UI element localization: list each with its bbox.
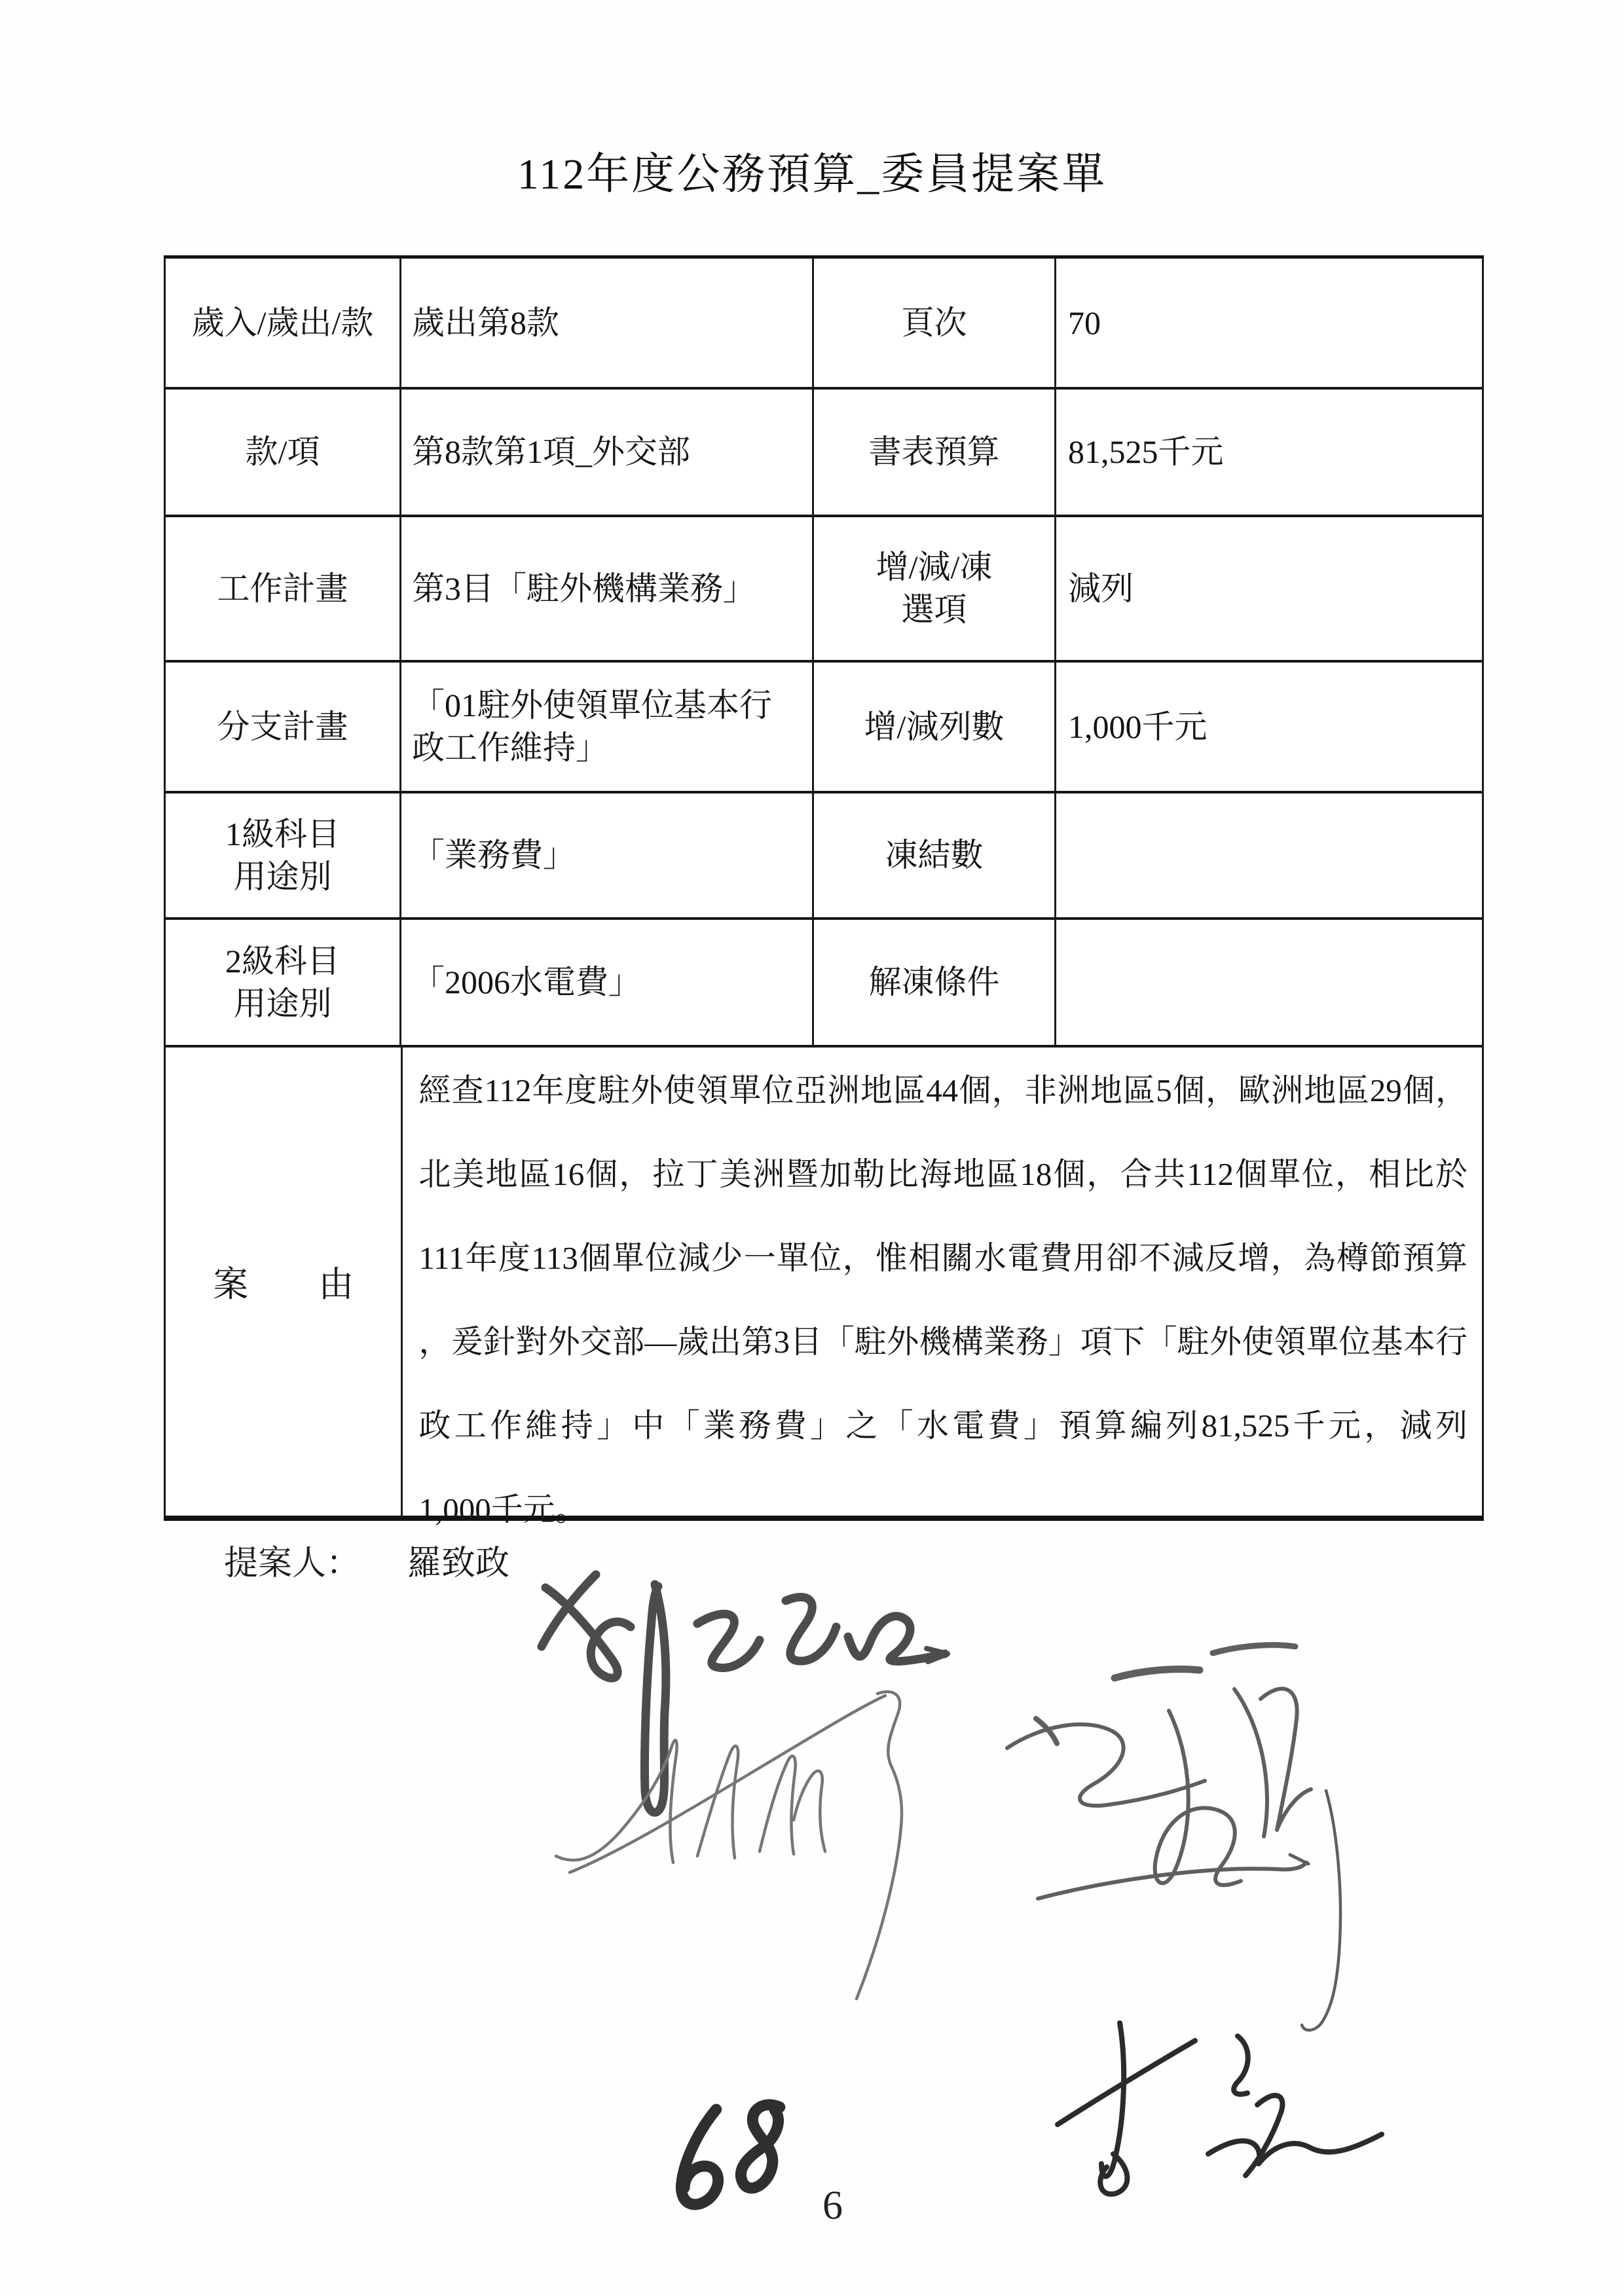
row-value2 (1056, 793, 1482, 917)
page-title: 112年度公務預算_委員提案單 (0, 139, 1624, 201)
scanned-document-page: 112年度公務預算_委員提案單 歲入/歲出/款 歲出第8款 頁次 70 款/項 … (0, 0, 1624, 2296)
table-row: 1級科目 用途別 「業務費」 凍結數 (166, 793, 1482, 920)
row-label2: 書表預算 (814, 390, 1056, 515)
case-label-char: 案 (213, 1256, 248, 1307)
row-label: 2級科目 用途別 (166, 920, 401, 1045)
row-label2: 增/減/凍 選項 (814, 517, 1056, 660)
case-line: 1,000千元。 (418, 1468, 1467, 1552)
case-line: 111年度113個單位減少一單位，惟相關水電費用卻不減反增，為樽節預算 (418, 1216, 1467, 1300)
case-line: 北美地區16個，拉丁美洲暨加勒比海地區18個，合共112個單位，相比於 (418, 1133, 1467, 1216)
table-row: 款/項 第8款第1項_外交部 書表預算 81,525千元 (166, 390, 1482, 517)
case-line: ，爰針對外交部—歲出第3目「駐外機構業務」項下「駐外使領單位基本行 (418, 1300, 1467, 1384)
proposer-row: 提案人：羅致政 (224, 1535, 509, 1584)
proposer-label: 提案人： (224, 1545, 360, 1582)
case-label-char: 由 (318, 1256, 354, 1307)
row-value: 「2006水電費」 (401, 920, 814, 1045)
row-value: 「業務費」 (401, 793, 814, 917)
table-row: 歲入/歲出/款 歲出第8款 頁次 70 (166, 259, 1482, 390)
row-value: 第8款第1項_外交部 (401, 390, 814, 515)
proposer-name: 羅致政 (407, 1545, 509, 1582)
row-label2: 頁次 (814, 259, 1056, 387)
row-value2: 70 (1056, 259, 1482, 387)
case-row: 案 由 經查112年度駐外使領單位亞洲地區44個，非洲地區5個，歐洲地區29個，… (166, 1048, 1482, 1516)
case-line: 政工作維持」中「業務費」之「水電費」預算編列81,525千元，減列 (418, 1384, 1467, 1468)
row-value2: 81,525千元 (1056, 390, 1482, 515)
row-label2: 增/減列數 (814, 663, 1056, 791)
table-row: 分支計畫 「01駐外使領單位基本行政工作維持」 增/減列數 1,000千元 (166, 663, 1482, 793)
signature-2 (550, 1676, 923, 2010)
row-value2: 減列 (1056, 517, 1482, 660)
row-label: 1級科目 用途別 (166, 793, 401, 917)
row-label: 歲入/歲出/款 (166, 259, 401, 387)
case-reason-text: 經查112年度駐外使領單位亞洲地區44個，非洲地區5個，歐洲地區29個， 北美地… (403, 1048, 1482, 1516)
printed-page-number: 6 (822, 2183, 843, 2229)
signature-4 (1041, 2013, 1392, 2213)
row-value2: 1,000千元 (1056, 663, 1482, 791)
row-value: 歲出第8款 (401, 259, 814, 387)
row-label2: 解凍條件 (814, 920, 1056, 1045)
row-value: 第3目「駐外機構業務」 (401, 517, 814, 660)
table-row: 2級科目 用途別 「2006水電費」 解凍條件 (166, 920, 1482, 1048)
row-label2: 凍結數 (814, 793, 1056, 917)
handwritten-page-number (660, 2092, 807, 2219)
table-row: 工作計畫 第3目「駐外機構業務」 增/減/凍 選項 減列 (166, 517, 1482, 663)
proposal-form-table: 歲入/歲出/款 歲出第8款 頁次 70 款/項 第8款第1項_外交部 書表預算 … (164, 255, 1484, 1521)
row-value: 「01駐外使領單位基本行政工作維持」 (401, 663, 814, 791)
case-label: 案 由 (166, 1048, 403, 1516)
signature-3 (1002, 1640, 1359, 2039)
case-line: 經查112年度駐外使領單位亞洲地區44個，非洲地區5個，歐洲地區29個， (418, 1049, 1467, 1133)
row-label: 工作計畫 (166, 517, 401, 660)
row-label: 款/項 (166, 390, 401, 515)
row-label: 分支計畫 (166, 663, 401, 791)
row-value2 (1056, 920, 1482, 1045)
